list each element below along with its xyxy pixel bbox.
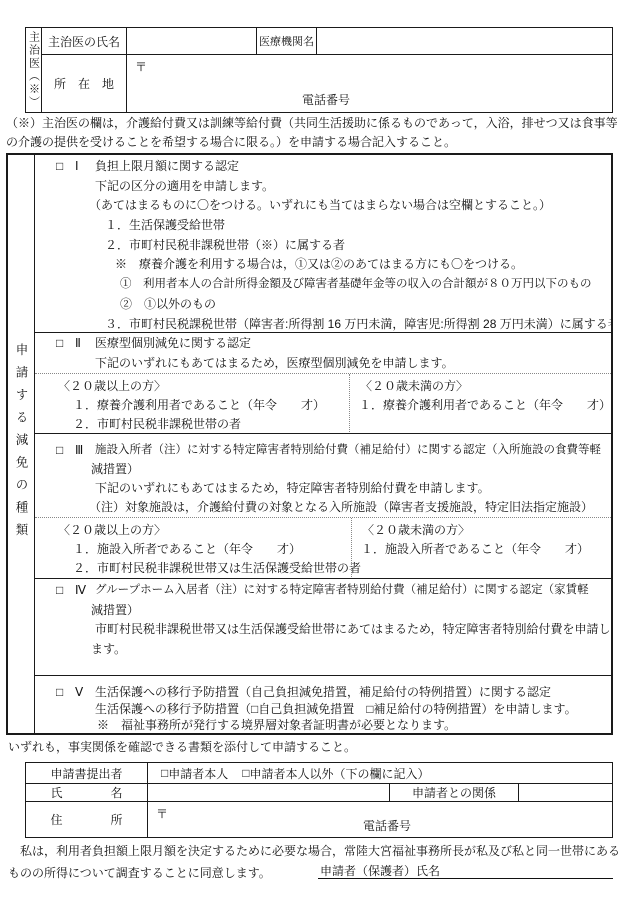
- name-input[interactable]: [148, 784, 389, 801]
- adult-condition-1[interactable]: １．療養介護利用者であること（年令 才）: [35, 396, 349, 415]
- attachment-note: いずれも，事実関係を確認できる書類を添付して申請すること。: [8, 740, 356, 755]
- section-v-header: □ Ⅴ 生活保護への移行予防措置（自己負担減免措置，補足給付の特例措置）に関する…: [35, 684, 611, 701]
- physician-name-input[interactable]: [126, 28, 256, 54]
- section-iii-note: （注）対象施設は，介護給付費の対象となる入所施設（障害者支援施設，特定旧法指定施…: [35, 498, 611, 517]
- section-i-option-2[interactable]: ２．市町村民税非課税世帯（※）に属する者: [35, 236, 611, 256]
- submitter-table: 申請書提出者 □申請者本人 □申請者本人以外（下の欄に記入） 氏 名 申請者との…: [25, 762, 613, 838]
- physician-table: 主治医（※） 主治医の氏名 医療機関名 所 在 地 〒 電話番号: [25, 27, 613, 113]
- physician-address-input[interactable]: 〒 電話番号: [126, 54, 612, 112]
- section-iii-numeral: Ⅲ: [75, 441, 95, 460]
- section-v: □ Ⅴ 生活保護への移行予防措置（自己負担減免措置，補足給付の特例措置）に関する…: [35, 675, 611, 733]
- section-iv-checkbox[interactable]: □: [56, 581, 75, 601]
- section-i-instruction: （あてはまるものに〇をつける。いずれにも当てはまらない場合は空欄とすること。）: [35, 196, 611, 216]
- submitter-row: 申請書提出者 □申請者本人 □申請者本人以外（下の欄に記入）: [26, 763, 612, 783]
- physician-note-line2: の介護の提供を受けることを希望する場合に限る。）を申請する場合記入すること。: [6, 133, 626, 152]
- postal-mark-icon: 〒: [156, 805, 168, 822]
- section-i-suboption-2[interactable]: ② ①以外のもの: [35, 295, 611, 315]
- section-iv-title-wrap: 減措置）: [35, 601, 611, 621]
- section-iv: □ Ⅳ グループホーム入居者（注）に対する特定障害者特別給付費（補足給付）に関す…: [35, 578, 611, 675]
- section-i: □ Ⅰ 負担上限月額に関する認定 下記の区分の適用を申請します。 （あてはまるも…: [35, 155, 611, 332]
- adult-column-header: 〈２０歳以上の方〉: [35, 377, 349, 396]
- section-i-title: 負担上限月額に関する認定: [95, 157, 239, 177]
- exemption-sections: □ Ⅰ 負担上限月額に関する認定 下記の区分の適用を申請します。 （あてはまるも…: [35, 155, 611, 733]
- section-v-apply-line: 生活保護への移行予防措置（□自己負担減免措置□補足給付の特例措置）を申請します。: [35, 701, 611, 718]
- section-i-suboption-1[interactable]: ① 利用者本人の合計所得金額及び障害者基礎年金等の収入の合計額が８０万円以下のも…: [35, 275, 611, 295]
- section-v-apply-prefix: 生活保護への移行予防措置（: [95, 702, 251, 716]
- section-v-note: ※ 福祉事務所が発行する境界層対象者証明書が必要となります。: [35, 717, 611, 733]
- section-iv-numeral: Ⅳ: [75, 581, 95, 601]
- section-v-option2-checkbox[interactable]: □: [366, 702, 373, 716]
- section-ii-numeral: Ⅱ: [75, 333, 95, 353]
- section-iii-header: □ Ⅲ 施設入所者（注）に対する特定障害者特別給付費（補足給付）に関する認定（入…: [35, 441, 611, 460]
- medical-facility-label: 医療機関名: [256, 28, 316, 54]
- physician-note: （※）主治医の欄は，介護給付費又は訓練等給付費（共同生活援助に係るものであって，…: [6, 114, 626, 152]
- adult-condition-1[interactable]: １．施設入所者であること（年令 才）: [35, 540, 351, 559]
- physician-side-label-cell: 主治医（※）: [26, 28, 41, 112]
- section-iii-intro: 下記のいずれにもあてはまるため，特定障害者特別給付費を申請します。: [35, 479, 611, 498]
- section-ii-intro: 下記のいずれにもあてはまるため，医療型個別減免を申請します。: [35, 353, 611, 373]
- section-iii-minor-column: 〈２０歳未満の方〉 １．施設入所者であること（年令 才）: [352, 518, 611, 578]
- minor-condition-1[interactable]: １．療養介護利用者であること（年令 才）: [350, 396, 611, 415]
- consent-line1: 私は，利用者負担額上限月額を決定するために必要な場合，常陸大宮福祉事務所長が私及…: [8, 840, 614, 862]
- minor-condition-1[interactable]: １．施設入所者であること（年令 才）: [352, 540, 611, 559]
- section-iii-adult-column: 〈２０歳以上の方〉 １．施設入所者であること（年令 才） ２．市町村民税非課税世…: [35, 518, 352, 578]
- submitter-other-checkbox[interactable]: □: [242, 766, 249, 780]
- exemption-type-box: 申請する減免の種類 □ Ⅰ 負担上限月額に関する認定 下記の区分の適用を申請しま…: [6, 153, 613, 735]
- section-i-option-3[interactable]: ３．市町村民税課税世帯（障害者:所得割 16 万円未満，障害児:所得割 28 万…: [35, 315, 611, 333]
- physician-note-line1: （※）主治医の欄は，介護給付費又は訓練等給付費（共同生活援助に係るものであって，…: [6, 114, 626, 133]
- section-v-checkbox[interactable]: □: [56, 684, 75, 701]
- section-v-apply-suffix: ）を申請します。: [482, 702, 577, 716]
- section-v-option2-label: 補足給付の特例措置: [374, 702, 482, 716]
- submitter-self-checkbox[interactable]: □: [161, 766, 168, 780]
- section-iv-body: 市町村民税非課税世帯又は生活保護受給世帯にあてはまるため，特定障害者特別給付費を…: [35, 620, 611, 640]
- physician-side-label: 主治医（※）: [26, 31, 42, 109]
- address-label: 住 所: [26, 802, 148, 837]
- section-v-title: 生活保護への移行予防措置（自己負担減免措置，補足給付の特例措置）に関する認定: [95, 684, 551, 701]
- section-iii-age-columns: 〈２０歳以上の方〉 １．施設入所者であること（年令 才） ２．市町村民税非課税世…: [35, 517, 611, 578]
- section-i-note: ※ 療養介護を利用する場合は，①又は②のあてはまる方にも〇をつける。: [35, 255, 611, 275]
- name-row: 氏 名 申請者との関係: [26, 783, 612, 801]
- exemption-side-label-cell: 申請する減免の種類: [8, 155, 35, 733]
- exemption-side-label: 申請する減免の種類: [12, 343, 30, 546]
- section-iii-title: 施設入所者（注）に対する特定障害者特別給付費（補足給付）に関する認定（入所施設の…: [95, 441, 601, 460]
- section-ii-header: □ Ⅱ 医療型個別減免に関する認定: [35, 333, 611, 353]
- physician-name-label: 主治医の氏名: [41, 28, 126, 54]
- name-label: 氏 名: [26, 784, 148, 801]
- minor-column-header: 〈２０歳未満の方〉: [350, 377, 611, 396]
- submitter-self-label: 申請者本人: [168, 765, 228, 782]
- section-iv-body-wrap: ます。: [35, 640, 611, 660]
- application-form-page: 主治医（※） 主治医の氏名 医療機関名 所 在 地 〒 電話番号 （※）主治医の…: [0, 0, 630, 903]
- section-i-numeral: Ⅰ: [75, 157, 95, 177]
- submitter-options: □申請者本人 □申請者本人以外（下の欄に記入）: [148, 763, 612, 783]
- address-input[interactable]: 〒 電話番号: [148, 802, 612, 837]
- section-ii-title: 医療型個別減免に関する認定: [95, 333, 251, 353]
- relation-label: 申請者との関係: [389, 784, 519, 801]
- section-v-numeral: Ⅴ: [75, 684, 95, 701]
- section-i-checkbox[interactable]: □: [56, 157, 75, 177]
- adult-condition-2[interactable]: ２．市町村民税非課税世帯の者: [35, 415, 349, 433]
- section-v-option1-label: 自己負担減免措置: [258, 702, 354, 716]
- section-i-option-1[interactable]: １．生活保護受給世帯: [35, 216, 611, 236]
- adult-condition-2[interactable]: ２．市町村民税非課税世帯又は生活保護受給世帯の者: [35, 559, 351, 578]
- section-iii-title-wrap: 減措置）: [35, 460, 611, 479]
- section-i-intro: 下記の区分の適用を申請します。: [35, 177, 611, 197]
- submitter-phone-label: 電話番号: [363, 817, 411, 834]
- section-ii: □ Ⅱ 医療型個別減免に関する認定 下記のいずれにもあてはまるため，医療型個別減…: [35, 332, 611, 433]
- section-iv-header: □ Ⅳ グループホーム入居者（注）に対する特定障害者特別給付費（補足給付）に関す…: [35, 581, 611, 601]
- minor-column-header: 〈２０歳未満の方〉: [352, 521, 611, 540]
- adult-column-header: 〈２０歳以上の方〉: [35, 521, 351, 540]
- section-i-header: □ Ⅰ 負担上限月額に関する認定: [35, 157, 611, 177]
- consent-paragraph: 私は，利用者負担額上限月額を決定するために必要な場合，常陸大宮福祉事務所長が私及…: [8, 840, 614, 884]
- submitter-label: 申請書提出者: [26, 763, 148, 783]
- submitter-other-label: 申請者本人以外（下の欄に記入）: [250, 765, 430, 782]
- section-ii-age-columns: 〈２０歳以上の方〉 １．療養介護利用者であること（年令 才） ２．市町村民税非課…: [35, 373, 611, 433]
- address-row: 住 所 〒 電話番号: [26, 801, 612, 837]
- postal-mark-icon: 〒: [135, 58, 147, 75]
- physician-phone-label: 電話番号: [302, 91, 350, 108]
- signature-field[interactable]: 申請者（保護者）氏名: [318, 864, 613, 879]
- section-iii: □ Ⅲ 施設入所者（注）に対する特定障害者特別給付費（補足給付）に関する認定（入…: [35, 433, 611, 578]
- physician-address-label: 所 在 地: [41, 54, 126, 112]
- medical-facility-input[interactable]: [316, 28, 612, 54]
- relation-input[interactable]: [519, 784, 612, 801]
- section-ii-minor-column: 〈２０歳未満の方〉 １．療養介護利用者であること（年令 才）: [350, 374, 611, 433]
- section-iii-checkbox[interactable]: □: [56, 441, 75, 460]
- section-ii-checkbox[interactable]: □: [56, 333, 75, 353]
- section-ii-adult-column: 〈２０歳以上の方〉 １．療養介護利用者であること（年令 才） ２．市町村民税非課…: [35, 374, 350, 433]
- section-iv-title: グループホーム入居者（注）に対する特定障害者特別給付費（補足給付）に関する認定（…: [95, 581, 589, 601]
